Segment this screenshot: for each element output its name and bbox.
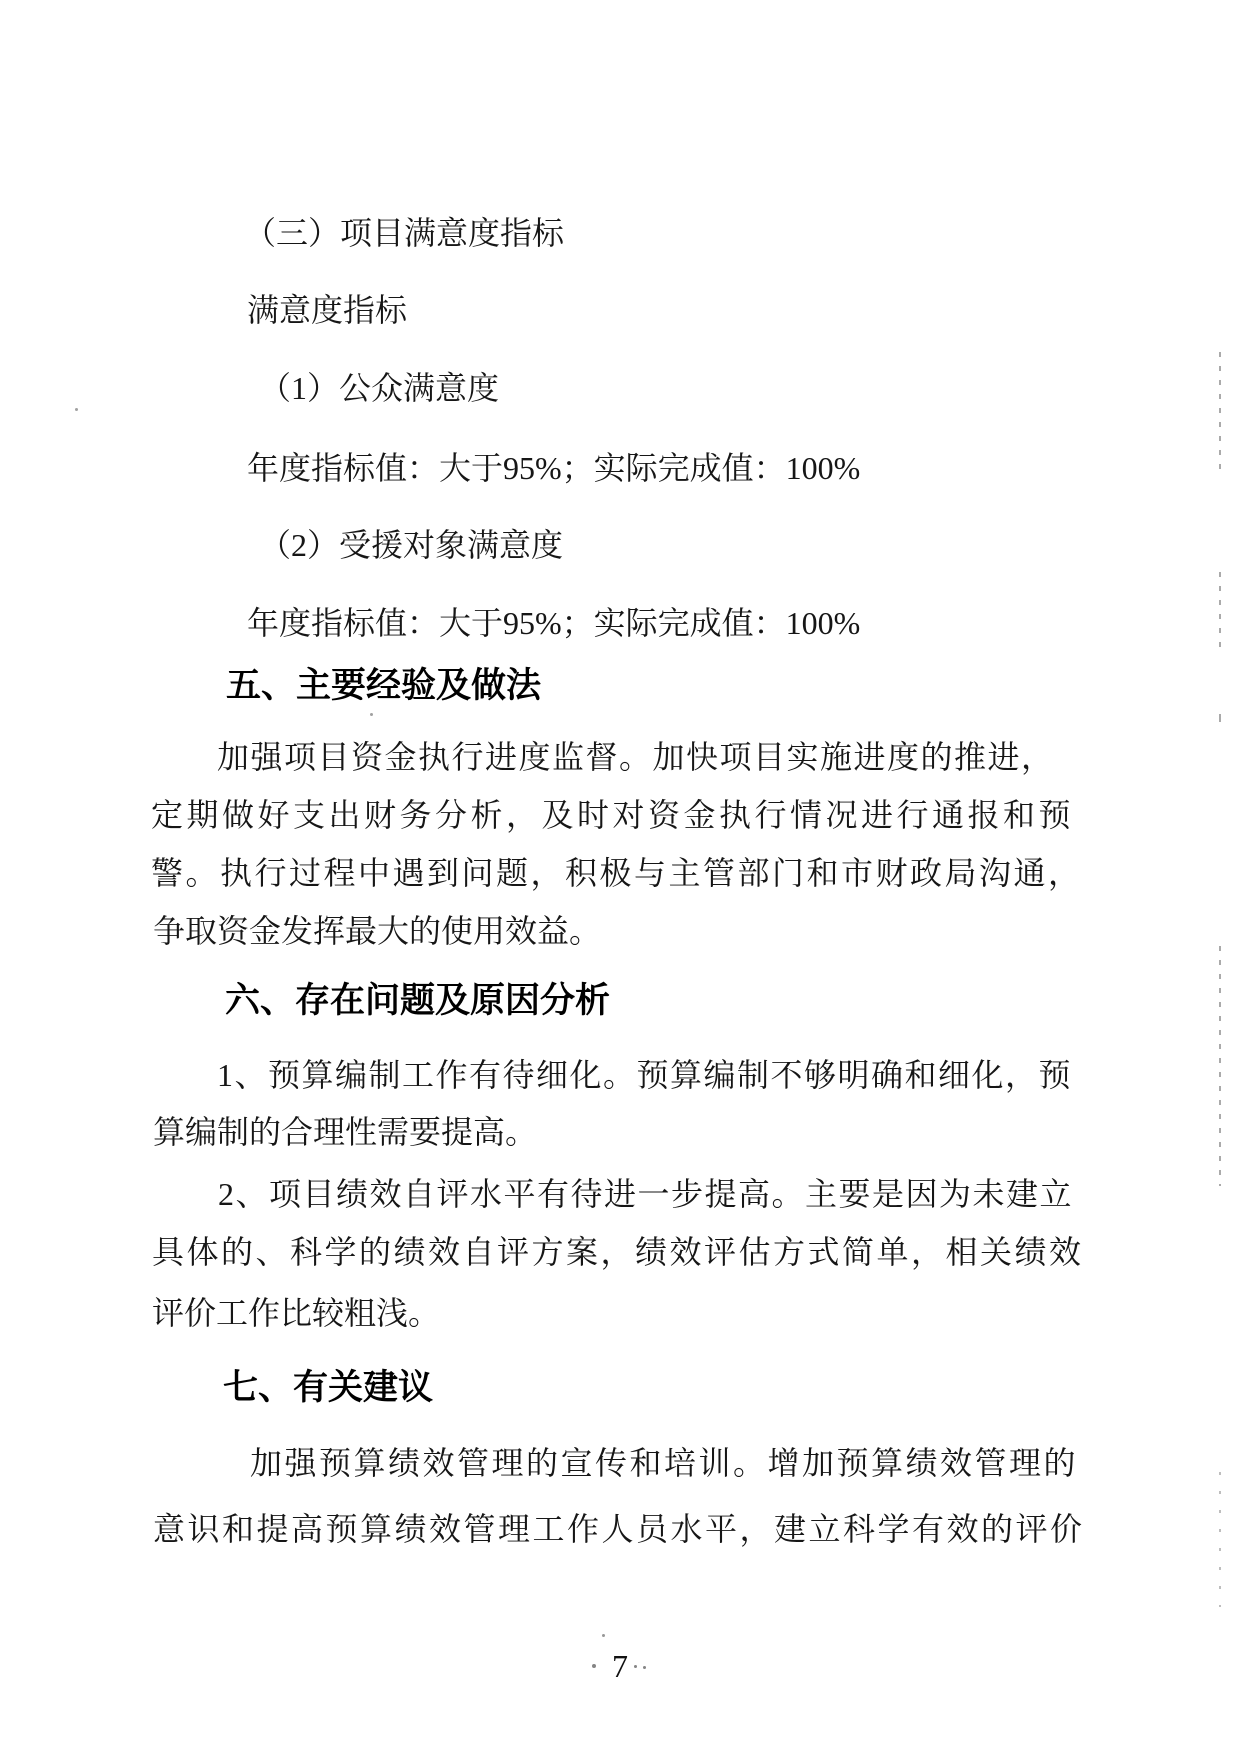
para-section6-line-5: 评价工作比较粗浅。	[152, 1295, 440, 1332]
scan-speck-footer-left-dash	[592, 1664, 596, 1668]
scan-dashed-line-dot	[1219, 714, 1221, 722]
para-section7-line-2: 意识和提高预算绩效管理工作人员水平，建立科学有效的评价	[153, 1511, 1085, 1548]
para-section6-line-3: 2、项目绩效自评水平有待进一步提高。主要是因为未建立	[218, 1176, 1073, 1213]
line-indicator-1-values: 年度指标值：大于95%；实际完成值：100%	[247, 450, 860, 487]
line-indicator-2-values: 年度指标值：大于95%；实际完成值：100%	[247, 605, 860, 642]
line-indicator-1-title: （1）公众满意度	[259, 370, 499, 407]
line-indicator-2-title: （2）受援对象满意度	[259, 527, 563, 564]
heading-section-6: 六、存在问题及原因分析	[225, 981, 610, 1021]
para-section6-line-1: 1、预算编制工作有待细化。预算编制不够明确和细化，预	[217, 1057, 1072, 1094]
scan-speck-footer-right-dash	[634, 1665, 637, 1668]
scan-speck	[75, 408, 78, 411]
line-satisfaction-label: 满意度指标	[247, 292, 407, 329]
scan-dashed-line-segment	[1219, 946, 1221, 1186]
line-subsection-3-title: （三）项目满意度指标	[244, 215, 564, 252]
heading-section-5: 五、主要经验及做法	[226, 666, 541, 706]
scanned-document-page: （三）项目满意度指标 满意度指标 （1）公众满意度 年度指标值：大于95%；实际…	[0, 0, 1242, 1754]
para-section5-line-2: 定期做好支出财务分析，及时对资金执行情况进行通报和预	[151, 797, 1074, 834]
para-section6-line-4: 具体的、科学的绩效自评方案，绩效评估方式简单，相关绩效	[152, 1234, 1084, 1271]
para-section7-line-1: 加强预算绩效管理的宣传和培训。增加预算绩效管理的	[250, 1445, 1078, 1482]
para-section5-line-4: 争取资金发挥最大的使用效益。	[153, 913, 601, 950]
para-section5-line-1: 加强项目资金执行进度监督。加快项目实施进度的推进，	[217, 739, 1055, 776]
para-section5-line-3: 警。执行过程中遇到问题，积极与主管部门和市财政局沟通，	[151, 855, 1083, 892]
para-section6-line-2: 算编制的合理性需要提高。	[153, 1114, 537, 1151]
heading-section-7: 七、有关建议	[223, 1368, 433, 1408]
scan-dashed-line-segment	[1219, 572, 1221, 648]
scan-dashed-line-segment	[1219, 352, 1221, 470]
scan-dashed-line-segment	[1219, 1472, 1221, 1607]
scan-speck-footer-right-dash	[643, 1666, 646, 1669]
scan-speck	[602, 1634, 605, 1637]
scan-speck	[370, 713, 373, 716]
